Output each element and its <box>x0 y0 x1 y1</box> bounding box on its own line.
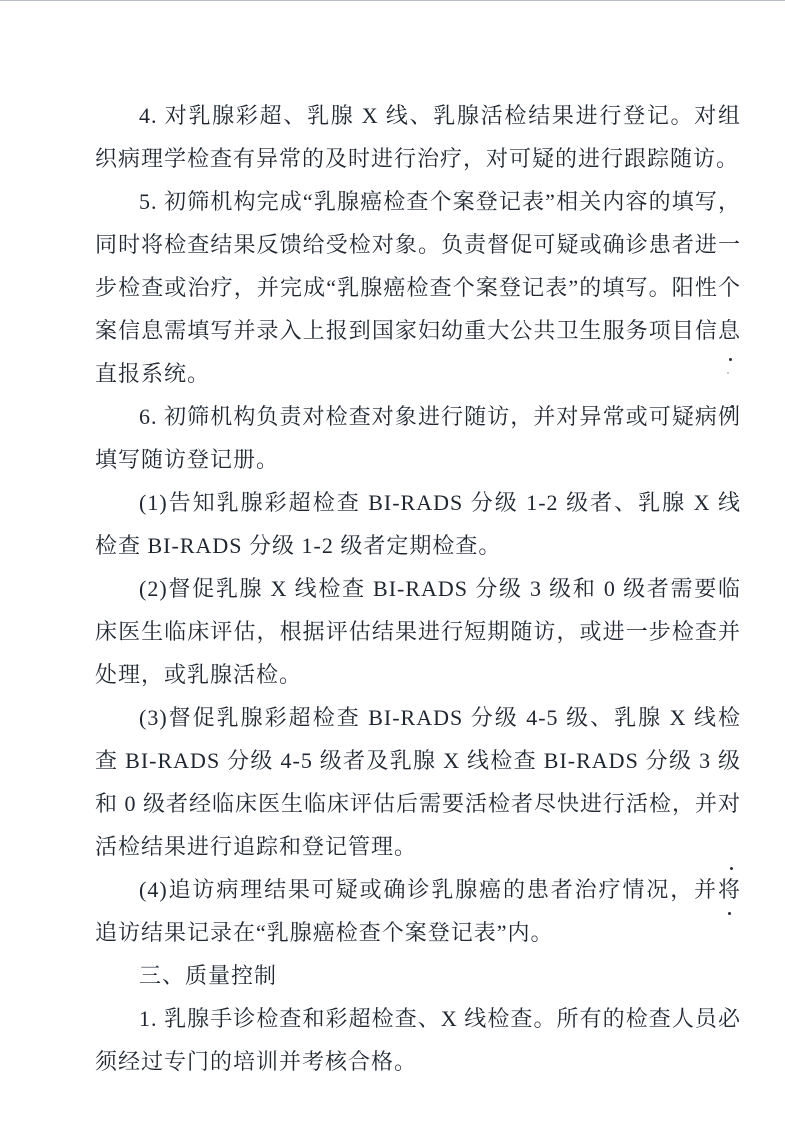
scan-speck-dot <box>729 358 732 361</box>
paragraph-subitem-4: (4)追访病理结果可疑或确诊乳腺癌的患者治疗情况，并将追访结果记录在“乳腺癌检查… <box>95 868 741 954</box>
scan-speck-dot <box>731 405 734 408</box>
document-body: 4. 对乳腺彩超、乳腺 X 线、乳腺活检结果进行登记。对组织病理学检查有异常的及… <box>95 94 741 1083</box>
paragraph-subitem-2: (2)督促乳腺 X 线检查 BI-RADS 分级 3 级和 0 级者需要临床医生… <box>95 567 741 696</box>
scan-speck-dot <box>728 912 731 915</box>
section-heading-quality-control: 三、质量控制 <box>95 954 741 997</box>
paragraph-item-4: 4. 对乳腺彩超、乳腺 X 线、乳腺活检结果进行登记。对组织病理学检查有异常的及… <box>95 94 741 180</box>
paragraph-quality-item-1: 1. 乳腺手诊检查和彩超检查、X 线检查。所有的检查人员必须经过专门的培训并考核… <box>95 997 741 1083</box>
paragraph-subitem-3: (3)督促乳腺彩超检查 BI-RADS 分级 4-5 级、乳腺 X 线检查 BI… <box>95 696 741 868</box>
scanned-document-page: 4. 对乳腺彩超、乳腺 X 线、乳腺活检结果进行登记。对组织病理学检查有异常的及… <box>0 0 785 1123</box>
paragraph-item-5: 5. 初筛机构完成“乳腺癌检查个案登记表”相关内容的填写，同时将检查结果反馈给受… <box>95 180 741 395</box>
paragraph-subitem-1: (1)告知乳腺彩超检查 BI-RADS 分级 1-2 级者、乳腺 X 线检查 B… <box>95 481 741 567</box>
scan-speck-dot <box>727 372 729 374</box>
page-top-edge-line <box>0 0 785 1</box>
paragraph-item-6: 6. 初筛机构负责对检查对象进行随访，并对异常或可疑病例填写随访登记册。 <box>95 395 741 481</box>
scan-speck-dot <box>730 867 733 870</box>
